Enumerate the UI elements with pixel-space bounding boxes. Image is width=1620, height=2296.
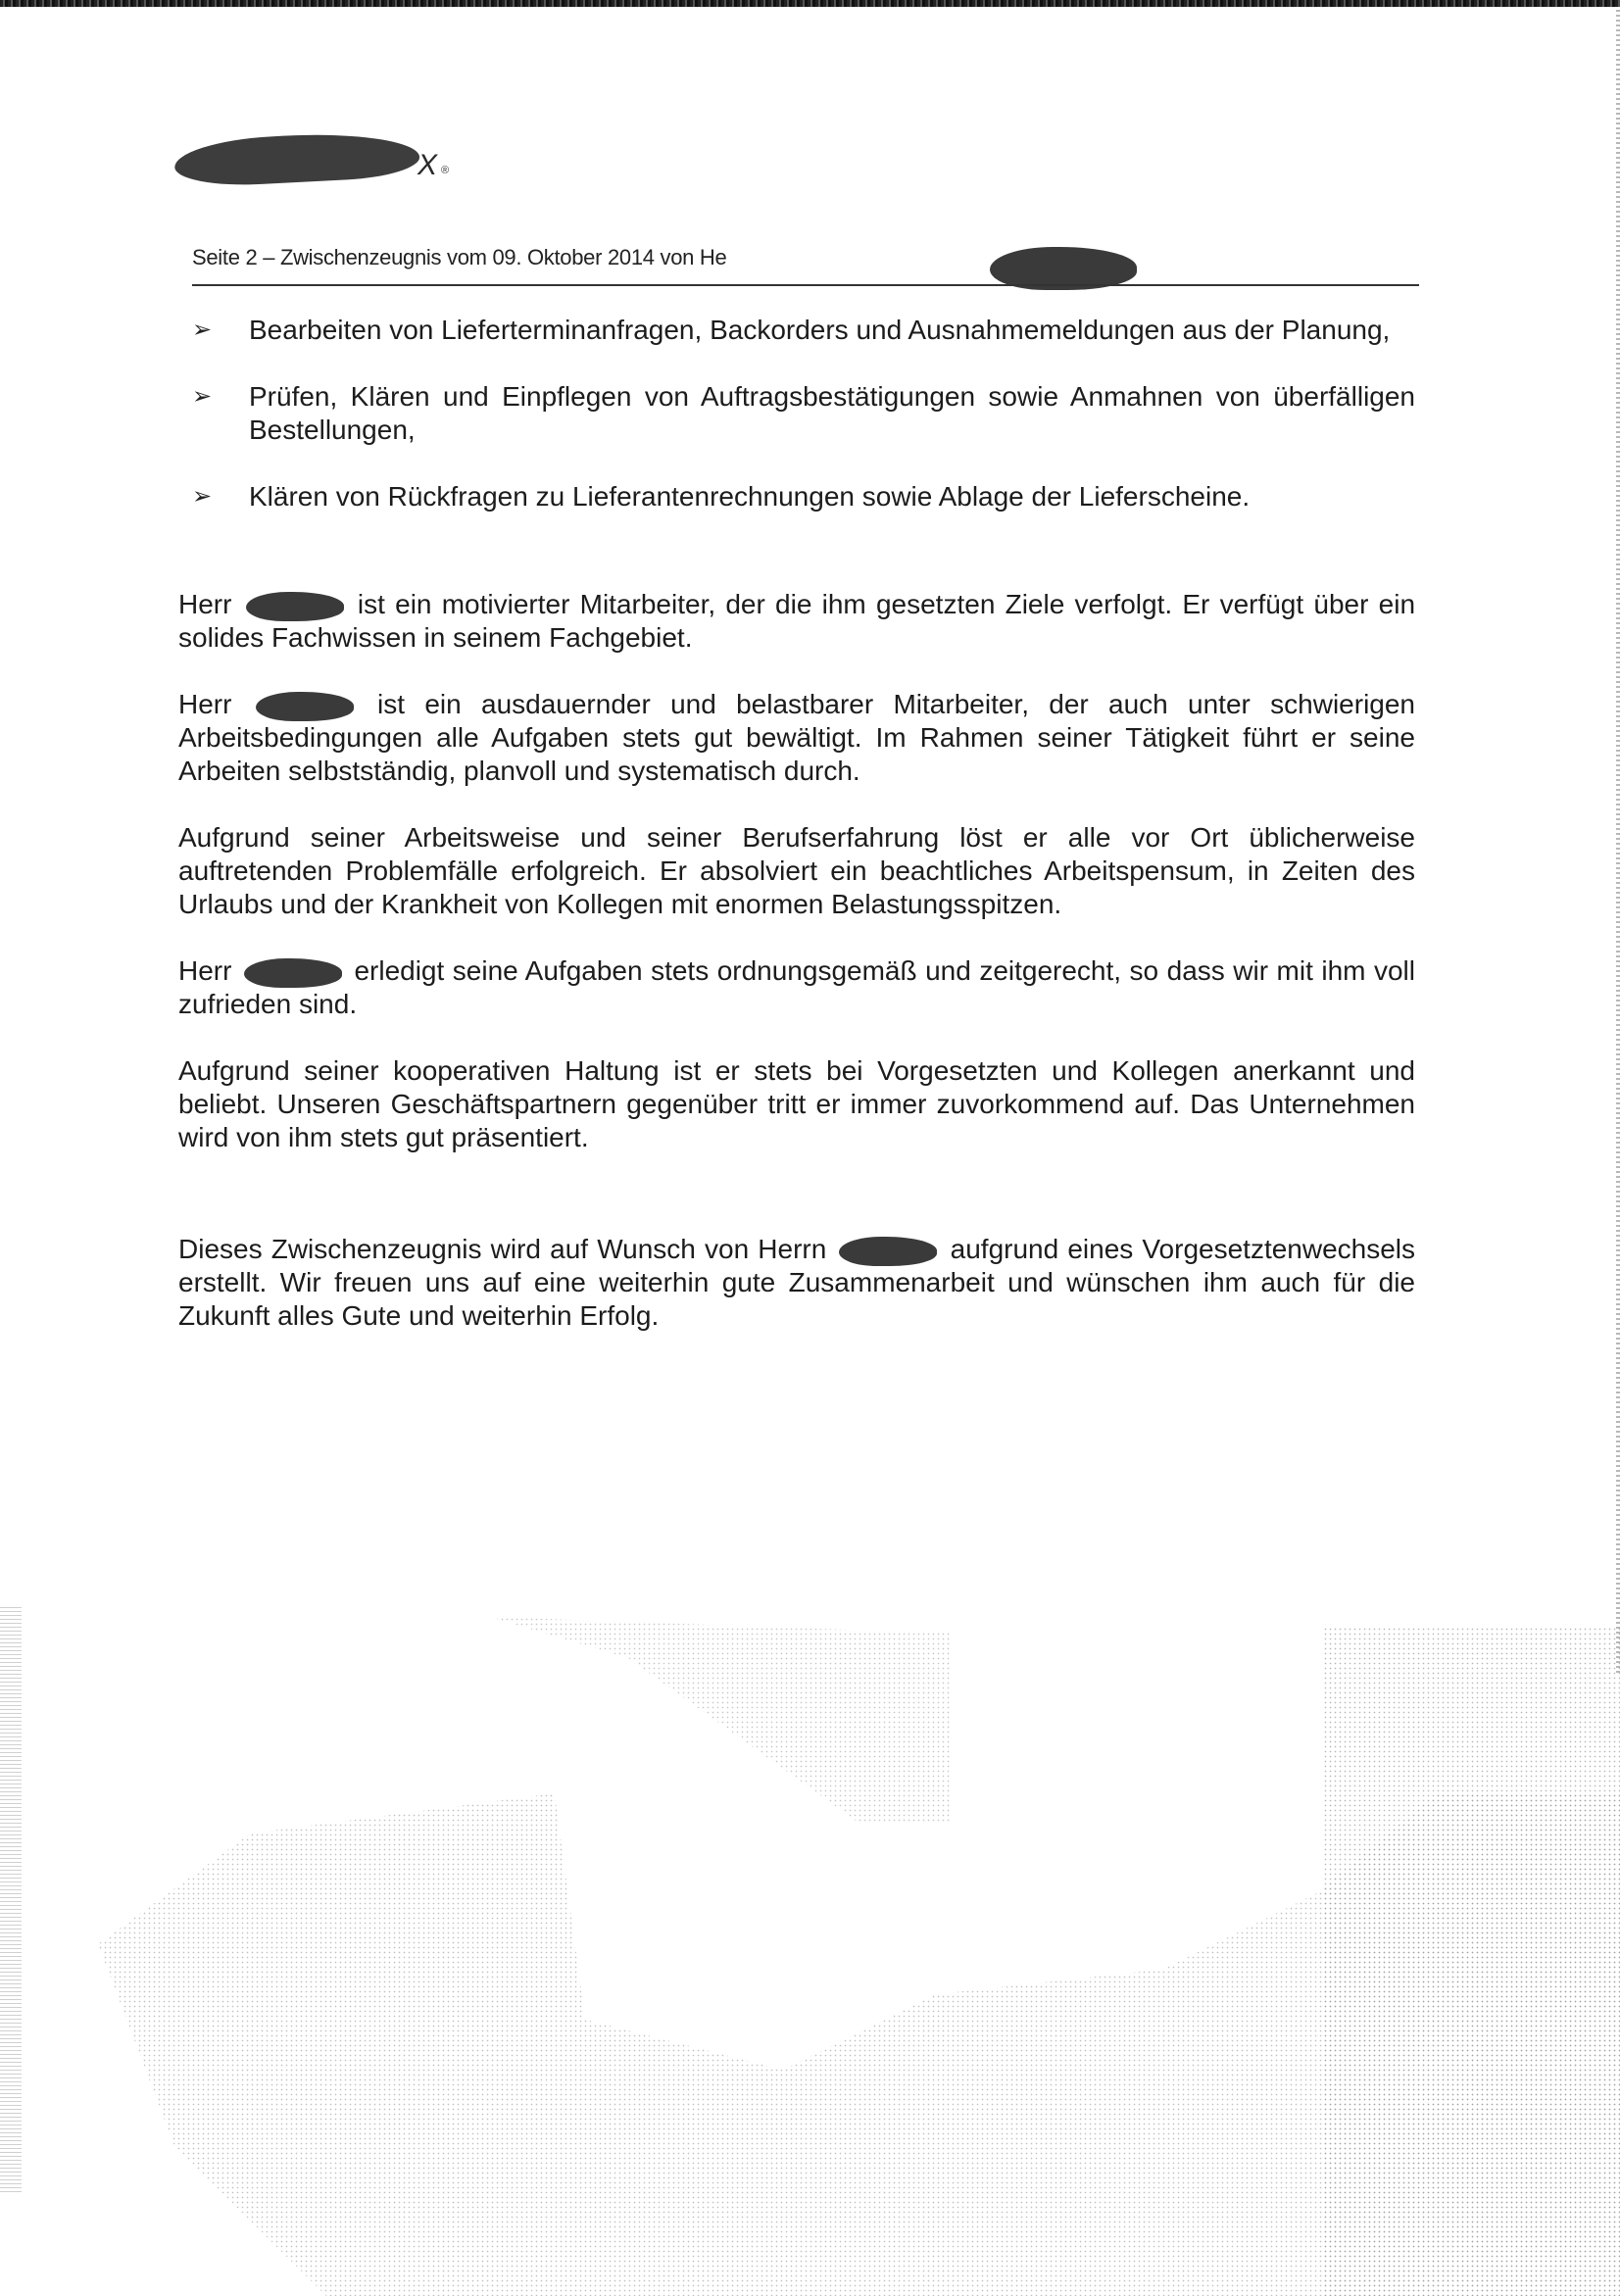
company-logo: X ® [174,135,429,184]
scan-top-border [0,0,1620,7]
paragraph-experience: Aufgrund seiner Arbeitsweise und seiner … [178,821,1415,921]
page-header: Seite 2 – Zwischenzeugnis vom 09. Oktobe… [192,245,726,270]
scan-artifact [1323,1627,1620,2296]
paragraph-performance: Herr erledigt seine Aufgaben stets ordnu… [178,954,1415,1021]
name-redaction [839,1237,937,1266]
scan-artifact [98,1793,1620,2296]
logo-redaction [173,128,420,188]
logo-mark: X [417,149,437,182]
header-divider [192,284,1419,286]
bullet-item: ➢ Prüfen, Klären und Einpflegen von Auft… [178,380,1415,447]
bullet-text: Klären von Rückfragen zu Lieferantenrech… [249,481,1250,512]
paragraph-text: Aufgrund seiner kooperativen Haltung ist… [178,1055,1415,1152]
name-redaction [246,592,344,621]
paragraph-motivation: Herr ist ein motivierter Mitarbeiter, de… [178,588,1415,655]
paragraph-closing: Dieses Zwischenzeugnis wird auf Wunsch v… [178,1233,1415,1333]
bullet-text: Prüfen, Klären und Einpflegen von Auftra… [249,381,1415,445]
scan-left-edge [0,1607,22,2195]
name-redaction [244,958,342,988]
paragraph-text: Aufgrund seiner Arbeitsweise und seiner … [178,822,1415,919]
paragraph-text: Herr [178,589,231,619]
paragraph-conduct: Aufgrund seiner kooperativen Haltung ist… [178,1054,1415,1154]
arrow-bullet-icon: ➢ [192,314,212,347]
paragraph-resilience: Herr ist ein ausdauernder und belastbare… [178,688,1415,788]
arrow-bullet-icon: ➢ [192,480,212,513]
registered-symbol: ® [441,165,449,176]
bullet-text: Bearbeiten von Lieferterminanfragen, Bac… [249,315,1390,345]
paragraph-text: Herr [178,955,231,986]
name-redaction [256,692,354,721]
bullet-item: ➢ Bearbeiten von Lieferterminanfragen, B… [178,314,1415,347]
bullet-item: ➢ Klären von Rückfragen zu Lieferantenre… [178,480,1415,513]
paragraph-text: Dieses Zwischenzeugnis wird auf Wunsch v… [178,1234,826,1264]
paragraph-text: Herr [178,689,231,719]
paragraph-text: ist ein ausdauernder und belastbarer Mit… [178,689,1415,786]
document-body: ➢ Bearbeiten von Lieferterminanfragen, B… [178,314,1415,1366]
arrow-bullet-icon: ➢ [192,380,212,414]
paragraph-text: ist ein motivierter Mitarbeiter, der die… [178,589,1415,653]
scan-artifact [490,1617,951,1823]
scan-right-edge [1616,10,1620,1676]
paragraph-text: erledigt seine Aufgaben stets ordnungsge… [178,955,1415,1019]
